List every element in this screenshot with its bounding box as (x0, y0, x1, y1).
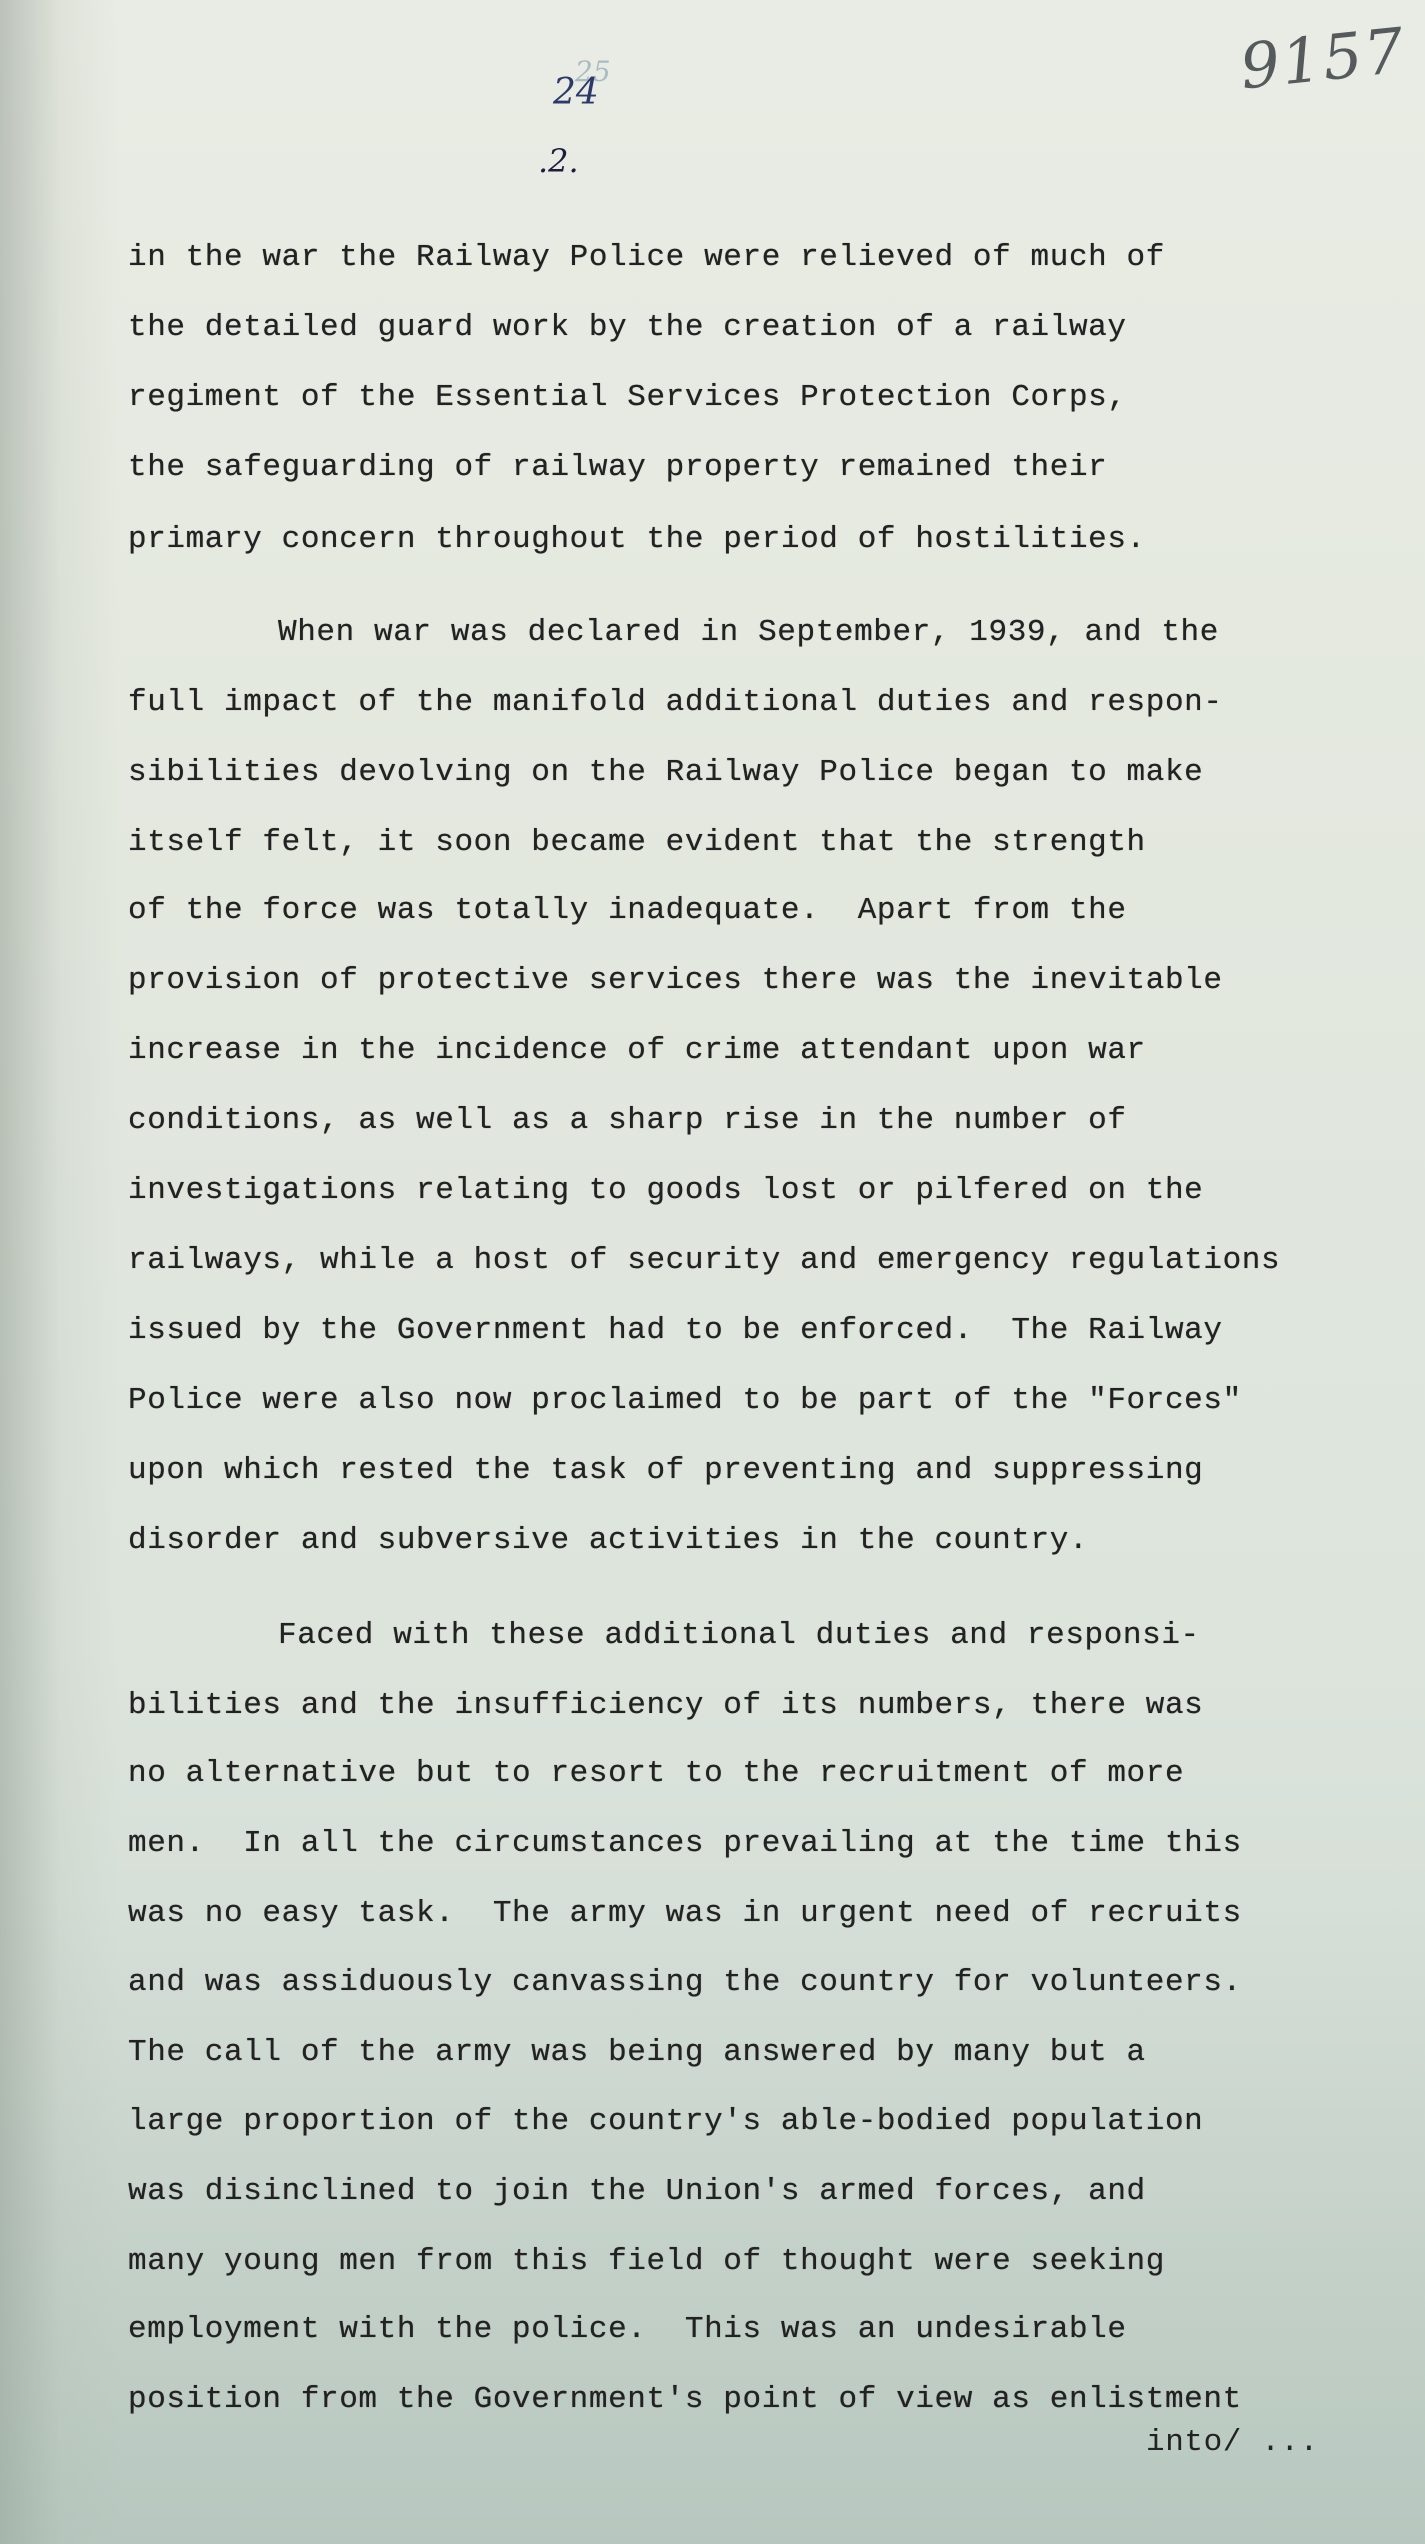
text-line: no alternative but to resort to the recr… (128, 1756, 1184, 1791)
text-line: issued by the Government had to be enfor… (128, 1313, 1223, 1348)
text-line: sibilities devolving on the Railway Poli… (128, 755, 1203, 790)
text-line: was no easy task. The army was in urgent… (128, 1896, 1242, 1931)
text-line: primary concern throughout the period of… (128, 522, 1146, 557)
text-line: increase in the incidence of crime atten… (128, 1033, 1146, 1068)
page-number-handwritten: 24 (553, 72, 599, 113)
text-line: investigations relating to goods lost or… (128, 1173, 1203, 1208)
text-line: of the force was totally inadequate. Apa… (128, 893, 1127, 928)
text-line: railways, while a host of security and e… (128, 1243, 1280, 1278)
text-line: many young men from this field of though… (128, 2244, 1165, 2279)
archive-number: 9157 (1237, 14, 1410, 104)
text-line: itself felt, it soon became evident that… (128, 825, 1146, 860)
text-line: and was assiduously canvassing the count… (128, 1965, 1242, 2000)
text-line: regiment of the Essential Services Prote… (128, 380, 1127, 415)
text-line: conditions, as well as a sharp rise in t… (128, 1103, 1127, 1138)
text-line: the safeguarding of railway property rem… (128, 450, 1107, 485)
text-line: employment with the police. This was an … (128, 2312, 1127, 2347)
text-line: position from the Government's point of … (128, 2382, 1242, 2417)
text-line: full impact of the manifold additional d… (128, 685, 1223, 720)
text-line: When war was declared in September, 1939… (278, 615, 1219, 650)
text-line: men. In all the circumstances prevailing… (128, 1826, 1242, 1861)
text-line: disorder and subversive activities in th… (128, 1523, 1088, 1558)
text-line: in the war the Railway Police were relie… (128, 240, 1165, 275)
text-line: Police were also now proclaimed to be pa… (128, 1383, 1242, 1418)
page-edge-shadow (0, 0, 120, 2544)
text-line: provision of protective services there w… (128, 963, 1223, 998)
text-line: the detailed guard work by the creation … (128, 310, 1127, 345)
page-number-typed: .2. (538, 142, 579, 180)
text-line: The call of the army was being answered … (128, 2035, 1146, 2070)
text-line: Faced with these additional duties and r… (278, 1618, 1200, 1653)
text-line: upon which rested the task of preventing… (128, 1453, 1203, 1488)
text-line: large proportion of the country's able-b… (128, 2104, 1203, 2139)
continuation-marker: into/ ... (1146, 2425, 1319, 2460)
text-line: bilities and the insufficiency of its nu… (128, 1688, 1203, 1723)
text-line: was disinclined to join the Union's arme… (128, 2174, 1146, 2209)
